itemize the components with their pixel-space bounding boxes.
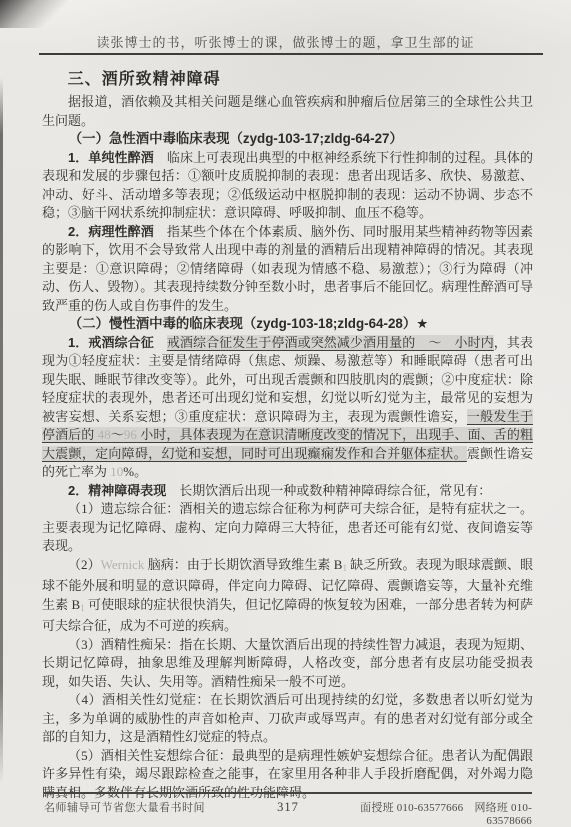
text-run: 2．精神障碍表现 <box>68 483 166 498</box>
header-rule <box>39 53 543 55</box>
page-number: 317 <box>258 800 318 815</box>
paragraph: （4）酒相关性幻觉症：在长期饮酒后可出现持续的幻觉，多数患者以听幻觉为主，多为单… <box>42 691 533 747</box>
text-run: 1．戒酒综合征 <box>68 335 154 350</box>
highlighted-text-run: 戒酒综合征发生于停酒或突然减少酒用量的 <box>167 335 429 350</box>
paragraph: 据报道，酒依赖及其相关问题是继心血管疾病和肿瘤后位居第三的全球性公共卫生问题。 <box>42 93 533 130</box>
scanned-book-page: { "header": { "slogan": "读张博士的书，听张博士的课，做… <box>0 0 571 827</box>
footer-slogan: 名师辅导可节省您大量看书时间 <box>44 799 258 815</box>
scan-edge-artifact <box>0 78 3 784</box>
paragraph: （5）酒相关性妄想综合征：最典型的是病理性嫉妒妄想综合征。患者认为配偶跟许多异性… <box>42 747 533 803</box>
page-title: 三、酒所致精神障碍 <box>42 66 533 89</box>
text-run: 1．单纯性醉酒 <box>68 150 154 165</box>
text-run: 据报道，酒依赖及其相关问题是继心血管疾病和肿瘤后位居第三的全球性公共卫生问题。 <box>42 94 533 128</box>
text-run: （二）慢性酒中毒的临床表现（zydg-103-18;zldg-64-28）★ <box>69 316 428 331</box>
paragraph: （2）Wernick 脑病：由于长期饮酒导致维生素 B1 缺乏所致。表现为眼球震… <box>42 556 533 636</box>
text-run <box>154 335 167 350</box>
text-run: （3）酒精性痴呆：指在长期、大量饮酒后出现的持续性智力减退，表现为短期、长期记忆… <box>42 637 533 689</box>
highlighted-text-run: 小时内 <box>441 335 493 350</box>
faint-answer-text: 10 <box>110 464 123 479</box>
highlighted-text-run: ～ <box>111 427 124 442</box>
section-heading: （一）急性酒中毒临床表现（zydg-103-17;zldg-64-27） <box>42 130 533 149</box>
paragraph: （3）酒精性痴呆：指在长期、大量饮酒后出现的持续性智力减退，表现为短期、长期记忆… <box>42 636 533 692</box>
faint-answer-text: Wernick <box>101 557 145 572</box>
page-body-text: 据报道，酒依赖及其相关问题是继心血管疾病和肿瘤后位居第三的全球性公共卫生问题。（… <box>42 93 533 802</box>
text-run: （2） <box>68 557 101 572</box>
highlighted-text-run: ～ <box>428 335 441 350</box>
paragraph: （1）遗忘综合征：酒相关的遗忘综合征称为柯萨可夫综合征，是特有症状之一。主要表现… <box>42 500 533 556</box>
footer-rule <box>44 792 532 794</box>
text-run: 长期饮酒后出现一种或数种精神障碍综合征，常见有： <box>166 483 491 498</box>
highlighted-text-run: 48 <box>98 427 111 442</box>
paragraph: 2．精神障碍表现 长期饮酒后出现一种或数种精神障碍综合征，常见有： <box>42 482 533 501</box>
text-run: 可使眼球的症状很快消失，但记忆障碍的恢复较为困难，一部分患者转为柯萨可夫综合征，… <box>42 597 533 634</box>
footer: 名师辅导可节省您大量看书时间 317 面授班 010-63577666 网络班 … <box>44 799 532 827</box>
text-run: （4）酒相关性幻觉症：在长期饮酒后可出现持续的幻觉，多数患者以听幻觉为主，多为单… <box>42 692 533 744</box>
page-content: 三、酒所致精神障碍 据报道，酒依赖及其相关问题是继心血管疾病和肿瘤后位居第三的全… <box>42 63 533 802</box>
section-heading: （二）慢性酒中毒的临床表现（zydg-103-18;zldg-64-28）★ <box>42 315 533 334</box>
text-run: 2．病理性醉酒 <box>68 224 154 239</box>
footer-phone-numbers: 面授班 010-63577666 网络班 010-63578666 <box>318 799 532 827</box>
highlighted-text-run: 96 <box>124 427 137 442</box>
header-slogan: 读张博士的书，听张博士的课，做张博士的题，拿卫生部的证 <box>0 32 571 51</box>
text-run: %。 <box>123 464 147 479</box>
paragraph: 1．戒酒综合征 戒酒综合征发生于停酒或突然减少酒用量的 ～ 小时内，其表现为①轻… <box>42 334 533 482</box>
text-run: （一）急性酒中毒临床表现（zydg-103-17;zldg-64-27） <box>69 131 403 146</box>
text-run: （1）遗忘综合征：酒相关的遗忘综合征称为柯萨可夫综合征，是特有症状之一。主要表现… <box>42 501 533 553</box>
text-run: 脑病：由于长期饮酒导致维生素 B <box>144 557 342 572</box>
paragraph: 1．单纯性醉酒 临床上可表现出典型的中枢神经系统下行性抑制的过程。具体的表现和发… <box>42 149 533 223</box>
paragraph: 2．病理性醉酒 指某些个体在个体素质、脑外伤、同时服用某些精神药物等因素的影响下… <box>42 223 533 316</box>
scan-corner-artifact <box>0 0 86 28</box>
